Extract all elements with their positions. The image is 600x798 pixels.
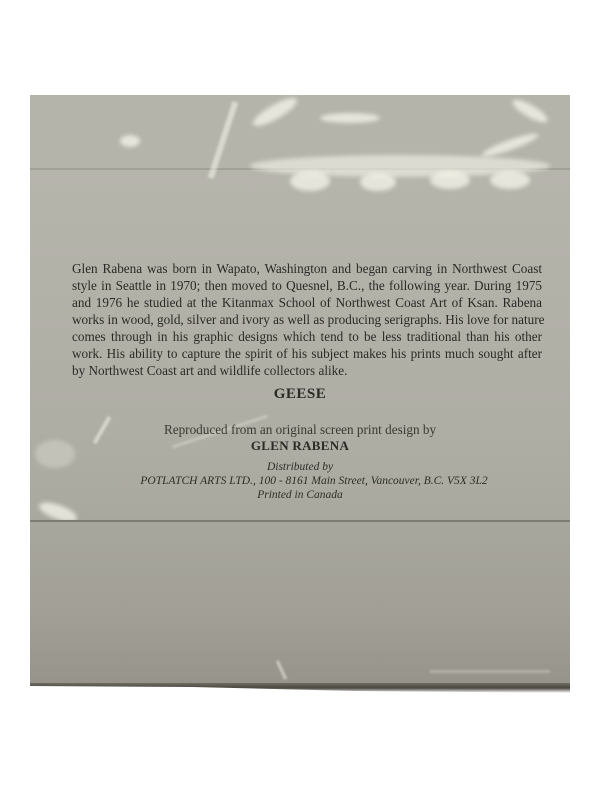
reproduced-credit: Reproduced from an original screen print… [30, 422, 570, 438]
plastic-glare [430, 171, 470, 189]
plastic-glare [490, 171, 530, 189]
bio-paragraph: Glen Rabena was born in Wapato, Washingt… [72, 260, 542, 379]
bio-line: by Northwest Coast art and wildlife coll… [72, 362, 542, 379]
distributed-by: Distributed by [30, 461, 570, 473]
bio-line: works in wood, gold, silver and ivory as… [72, 311, 542, 328]
bio-line: work. His ability to capture the spirit … [72, 345, 542, 362]
plastic-glare [320, 113, 380, 123]
bio-line: Glen Rabena was born in Wapato, Washingt… [72, 260, 542, 277]
label-lower-band [30, 522, 570, 685]
artist-name: GLEN RABENA [30, 438, 570, 454]
distributor-address: POTLATCH ARTS LTD., 100 - 8161 Main Stre… [44, 475, 570, 487]
bio-line: style in Seattle in 1970; then moved to … [72, 277, 542, 294]
printed-in: Printed in Canada [30, 489, 570, 501]
print-bottom-edge [30, 683, 570, 693]
bio-line: comes through in his graphic designs whi… [72, 328, 542, 345]
plastic-glare [120, 135, 140, 147]
artist-bio: Glen Rabena was born in Wapato, Washingt… [72, 260, 542, 379]
print-title: GEESE [30, 386, 570, 403]
bio-line: and 1976 he studied at the Kitanmax Scho… [72, 294, 542, 311]
plastic-glare [290, 171, 330, 191]
plastic-glare [360, 173, 396, 191]
plastic-glare [430, 670, 550, 673]
shrink-wrapped-print-back: Glen Rabena was born in Wapato, Washingt… [30, 95, 570, 685]
